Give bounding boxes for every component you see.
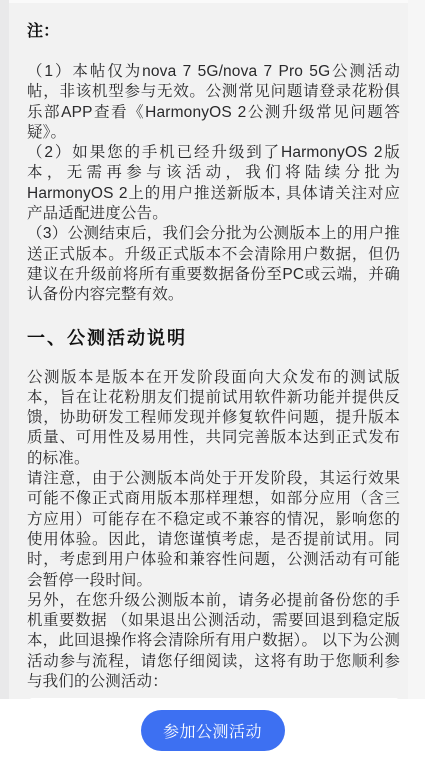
page-edge-right [408, 0, 425, 699]
note-item-1: （1）本帖仅为nova 7 5G/nova 7 Pro 5G公测活动帖，非该机型… [27, 62, 400, 143]
beta-description-paragraph-3: 另外，在您升级公测版本前，请务必提前备份您的手机重要数据 （如果退出公测活动，需… [27, 591, 400, 692]
note-item-3: （3）公测结束后，我们会分批为公测版本上的用户推送正式版本。升级正式版本不会清除… [27, 224, 400, 305]
note-item-2: （2）如果您的手机已经升级到了HarmonyOS 2版本，无需再参与该活动，我们… [27, 143, 400, 224]
section-heading-beta-description: 一、公测活动说明 [27, 327, 400, 349]
beta-description-paragraph-2: 请注意，由于公测版本尚处于开发阶段，其运行效果可能不像正式商用版本那样理想，如部… [27, 469, 400, 591]
bottom-action-bar: 参加公测活动 [0, 699, 425, 762]
post-content: 注： （1）本帖仅为nova 7 5G/nova 7 Pro 5G公测活动帖，非… [27, 0, 400, 732]
note-heading: 注： [27, 23, 400, 40]
beta-description-paragraph-1: 公测版本是版本在开发阶段面向大众发布的测试版本，旨在让花粉朋友们提前试用软件新功… [27, 368, 400, 469]
beta-announcement-page: 注： （1）本帖仅为nova 7 5G/nova 7 Pro 5G公测活动帖，非… [0, 0, 425, 762]
join-beta-button[interactable]: 参加公测活动 [141, 710, 285, 751]
page-edge-left [0, 0, 9, 699]
